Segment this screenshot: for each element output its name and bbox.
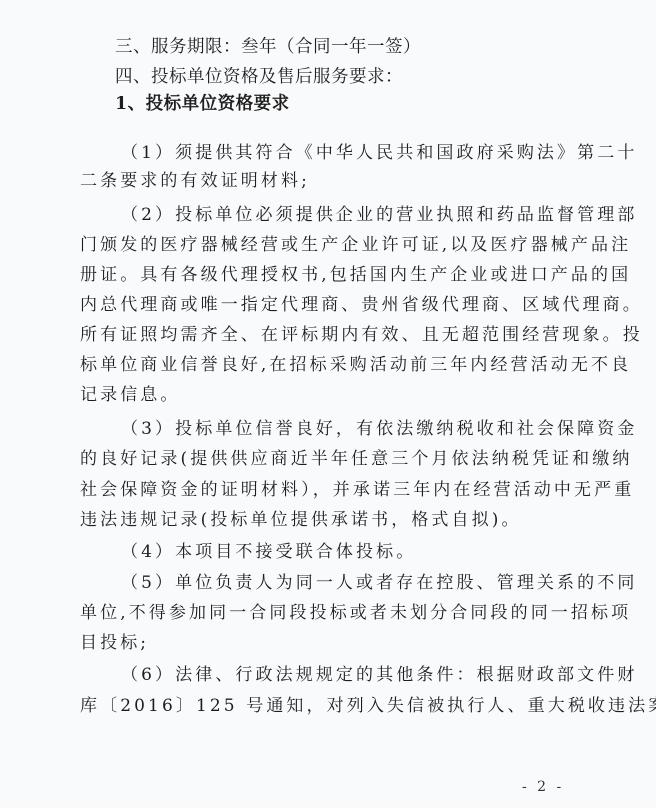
paragraph-line: 违法违规记录(投标单位提供承诺书，格式自拟)。 [80, 509, 522, 531]
paragraph-line: （4）本项目不接受联合体投标。 [121, 541, 416, 563]
paragraph-line: 目投标; [80, 632, 149, 654]
paragraph-line: 门颁发的医疗器械经营或生产企业许可证,以及医疗器械产品注 [80, 234, 631, 256]
paragraph-line: 的良好记录(提供供应商近半年任意三个月依法纳税凭证和缴纳 [80, 448, 632, 470]
paragraph-line: 库〔2016〕125 号通知，对列入失信被执行人、重大税收违法案 [80, 695, 656, 717]
heading-service-period: 三、服务期限：叁年（合同一年一签） [115, 36, 421, 58]
paragraph-line: 册证。具有各级代理授权书,包括国内生产企业或进口产品的国 [80, 264, 631, 286]
paragraph-line: 标单位商业信誉良好,在招标采购活动前三年内经营活动无不良 [80, 354, 631, 376]
page-number: - 2 - [522, 779, 564, 795]
paragraph-line: （6）法律、行政法规规定的其他条件：根据财政部文件财 [121, 664, 637, 686]
paragraph-line: 社会保障资金的证明材料），并承诺三年内在经营活动中无严重 [80, 479, 634, 501]
paragraph-line: （1）须提供其符合《中华人民共和国政府采购法》第二十 [121, 142, 637, 164]
paragraph-line: 内总代理商或唯一指定代理商、贵州省级代理商、区域代理商。 [80, 294, 643, 316]
paragraph-line: （2）投标单位必须提供企业的营业执照和药品监督管理部 [121, 204, 637, 226]
paragraph-line: 所有证照均需齐全、在评标期内有效、且无超范围经营现象。投 [80, 324, 643, 346]
paragraph-line: （3）投标单位信誉良好，有依法缴纳税收和社会保障资金 [121, 418, 637, 440]
paragraph-line: 单位,不得参加同一合同段投标或者未划分合同段的同一招标项 [80, 602, 631, 624]
heading-bidder-qualification: 四、投标单位资格及售后服务要求： [115, 66, 403, 88]
paragraph-line: 记录信息。 [80, 384, 181, 406]
paragraph-line: （5）单位负责人为同一人或者存在控股、管理关系的不同 [121, 572, 637, 594]
heading-qualification-requirements: 1、投标单位资格要求 [115, 93, 290, 115]
paragraph-line: 二条要求的有效证明材料; [80, 170, 310, 192]
document-page: 三、服务期限：叁年（合同一年一签） 四、投标单位资格及售后服务要求： 1、投标单… [0, 0, 656, 808]
